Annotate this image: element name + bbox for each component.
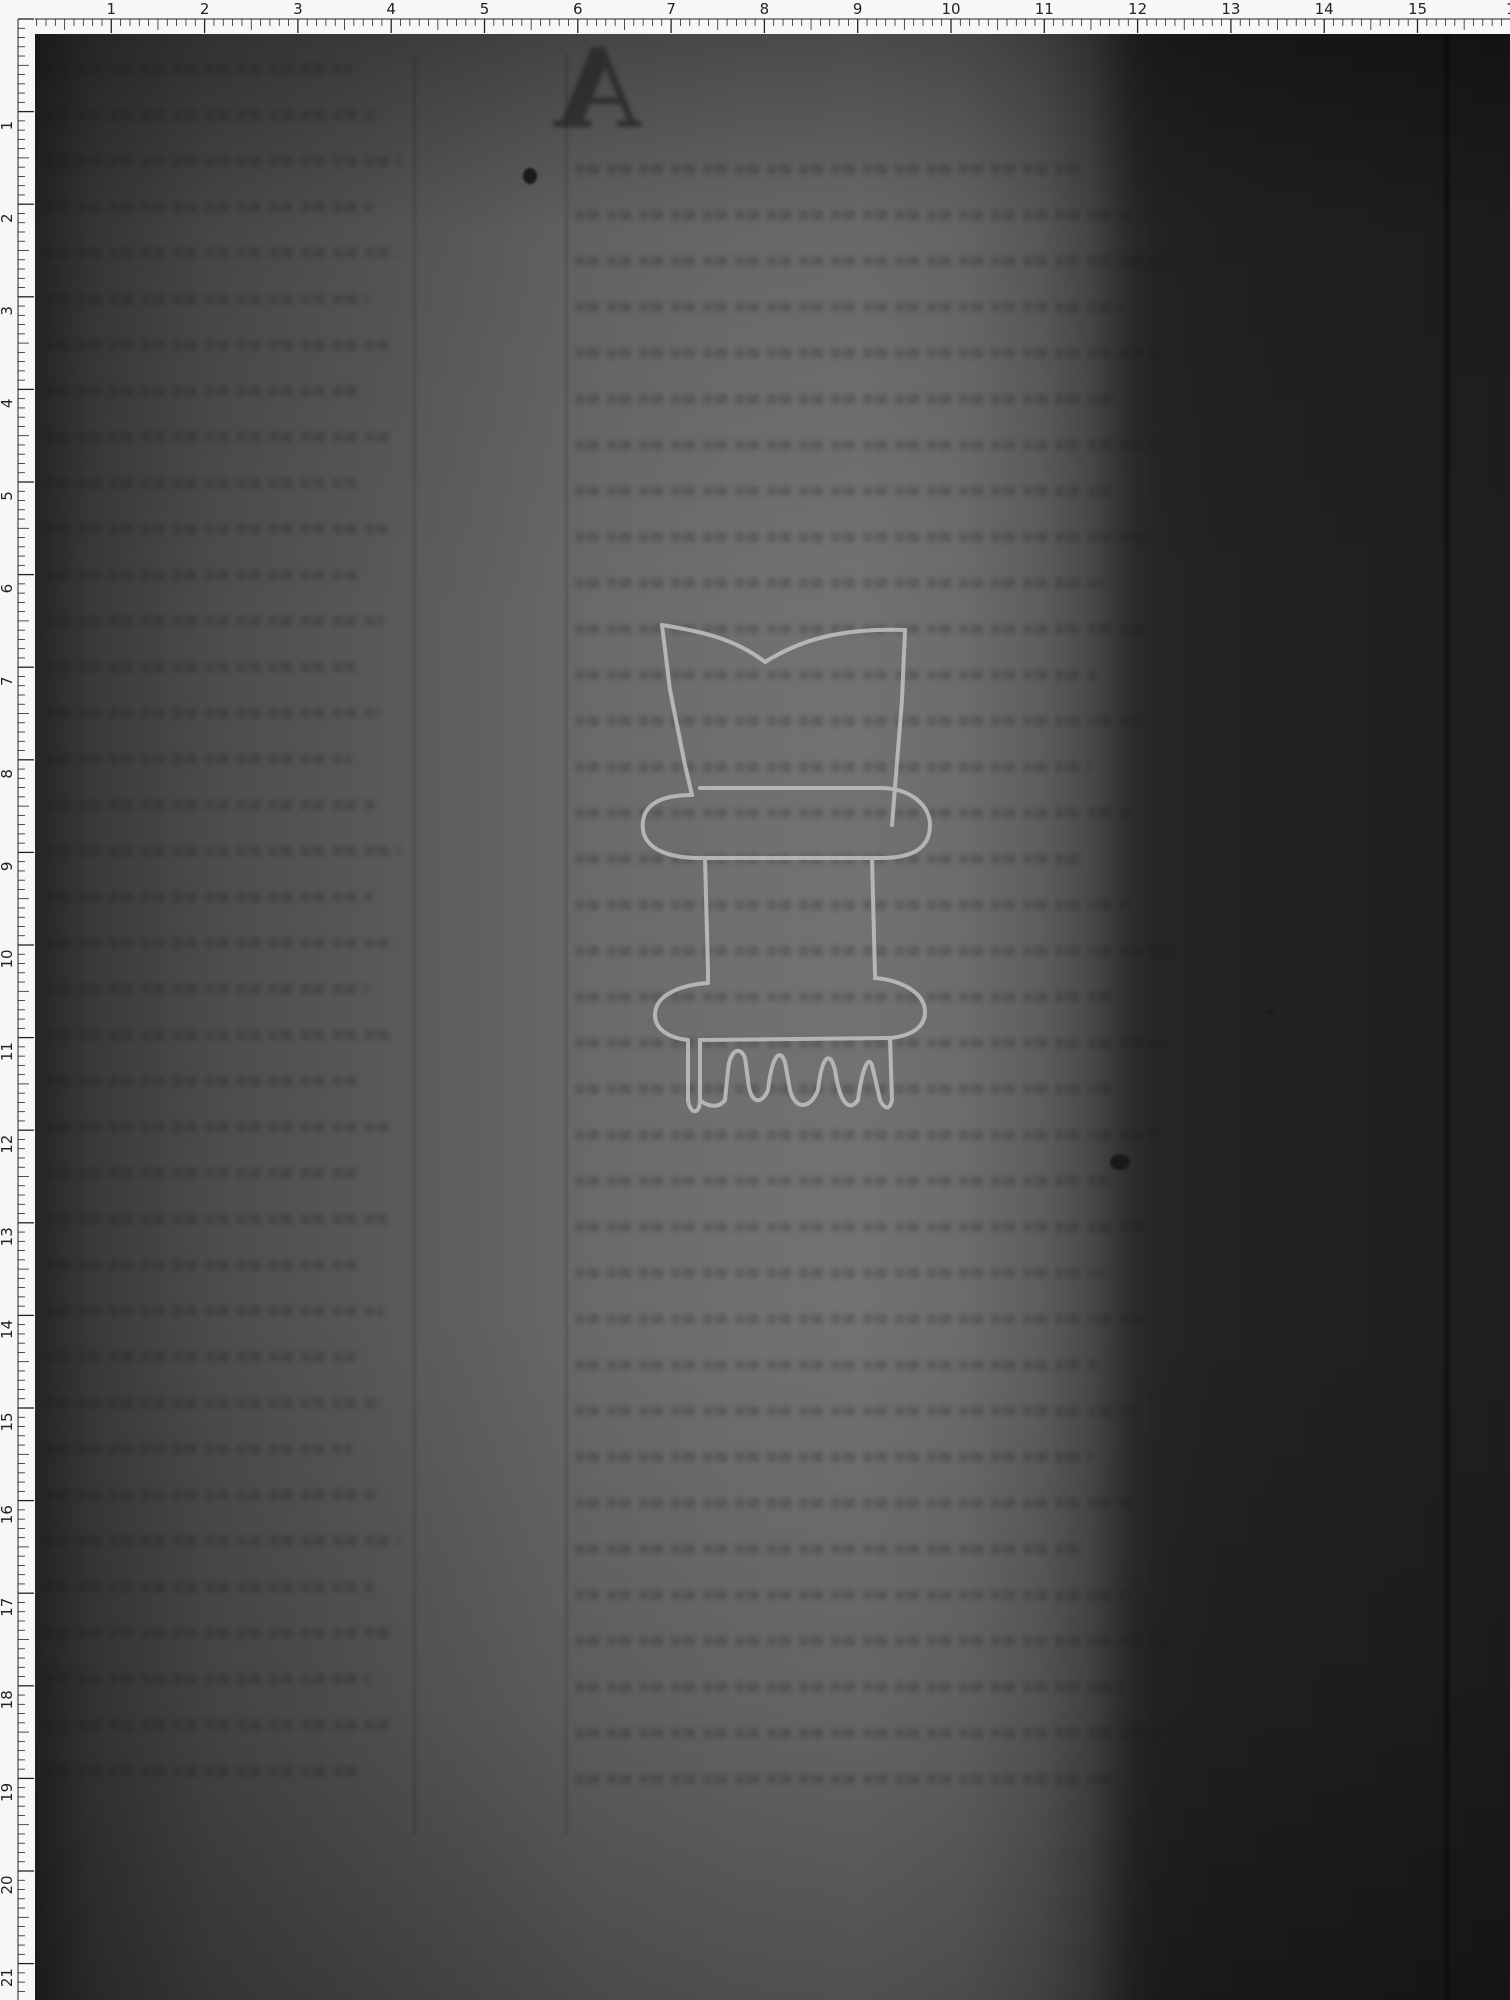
svg-text:3: 3 xyxy=(293,0,303,18)
illegible-text-line xyxy=(45,202,373,212)
illegible-text-line xyxy=(45,524,387,534)
svg-text:10: 10 xyxy=(0,949,16,968)
illegible-text-line xyxy=(575,532,1151,542)
illegible-text-line xyxy=(575,1406,1139,1416)
illegible-text-line xyxy=(45,754,351,764)
svg-text:19: 19 xyxy=(0,1783,16,1802)
illegible-text-line xyxy=(575,1176,1109,1186)
illegible-text-line xyxy=(45,110,376,120)
illegible-text-line xyxy=(575,1590,1127,1600)
svg-text:3: 3 xyxy=(0,306,16,316)
pillar-watermark xyxy=(600,600,960,1160)
ink-spot xyxy=(1268,1009,1274,1015)
ruler-top: 01234567891011121314151 xyxy=(0,0,1510,33)
svg-text:1: 1 xyxy=(1506,0,1510,18)
ruler-left-scale: 123456789101112131415161718192021 xyxy=(0,0,35,2000)
illegible-text-line xyxy=(45,386,365,396)
illegible-text-line xyxy=(45,248,398,258)
svg-text:21: 21 xyxy=(0,1968,16,1987)
illegible-text-line xyxy=(45,1582,373,1592)
illegible-text-line xyxy=(575,440,1157,450)
illegible-text-line xyxy=(575,348,1163,358)
illegible-text-line xyxy=(45,1536,401,1546)
scanned-leaf-image: A xyxy=(35,34,1510,2000)
svg-text:4: 4 xyxy=(386,0,396,18)
illegible-text-line xyxy=(45,432,391,442)
illegible-text-line xyxy=(45,294,369,304)
illegible-text-line xyxy=(575,1498,1133,1508)
decorated-initial: A xyxy=(555,34,640,153)
svg-text:1: 1 xyxy=(0,121,16,131)
illegible-text-line xyxy=(575,1268,1103,1278)
illegible-text-line xyxy=(45,1444,351,1454)
svg-text:5: 5 xyxy=(480,0,490,18)
illegible-text-line xyxy=(45,800,376,810)
illegible-text-line xyxy=(45,1122,391,1132)
illegible-text-line xyxy=(45,1260,358,1270)
svg-text:6: 6 xyxy=(0,584,16,594)
svg-text:4: 4 xyxy=(0,399,16,409)
svg-text:1: 1 xyxy=(107,0,117,18)
svg-text:15: 15 xyxy=(0,1412,16,1431)
svg-text:20: 20 xyxy=(0,1875,16,1894)
svg-text:16: 16 xyxy=(0,1505,16,1524)
illegible-text-line xyxy=(45,478,362,488)
svg-text:9: 9 xyxy=(853,0,863,18)
left-column-rule xyxy=(413,54,416,1834)
svg-text:2: 2 xyxy=(0,213,16,223)
illegible-text-line xyxy=(45,1628,398,1638)
left-text-column xyxy=(45,64,405,1812)
ruler-left: 123456789101112131415161718192021 xyxy=(0,0,35,2000)
ink-spot xyxy=(1110,1154,1130,1170)
illegible-text-line xyxy=(575,302,1121,312)
ruler-top-scale: 01234567891011121314151 xyxy=(0,0,1510,33)
illegible-text-line xyxy=(575,1728,1163,1738)
svg-text:12: 12 xyxy=(0,1135,16,1154)
ink-spot xyxy=(523,168,537,184)
svg-text:13: 13 xyxy=(0,1227,16,1246)
illegible-text-line xyxy=(45,1168,362,1178)
illegible-text-line xyxy=(575,1774,1115,1784)
illegible-text-line xyxy=(45,1030,394,1040)
illegible-text-line xyxy=(45,662,355,672)
illegible-text-line xyxy=(45,1720,394,1730)
right-column-rule xyxy=(565,54,568,1834)
illegible-text-line xyxy=(45,846,401,856)
illegible-text-line xyxy=(45,616,383,626)
illegible-text-line xyxy=(45,1674,369,1684)
illegible-text-line xyxy=(45,1076,365,1086)
illegible-text-line xyxy=(45,340,394,350)
illegible-text-line xyxy=(45,64,351,74)
illegible-text-line xyxy=(575,1314,1145,1324)
svg-text:9: 9 xyxy=(0,862,16,872)
svg-text:11: 11 xyxy=(0,1042,16,1061)
svg-text:13: 13 xyxy=(1221,0,1240,18)
illegible-text-line xyxy=(45,1214,387,1224)
illegible-text-line xyxy=(45,1352,355,1362)
illegible-text-line xyxy=(575,210,1127,220)
svg-text:7: 7 xyxy=(666,0,676,18)
illegible-text-line xyxy=(45,1306,383,1316)
svg-text:8: 8 xyxy=(0,769,16,779)
svg-text:8: 8 xyxy=(760,0,770,18)
illegible-text-line xyxy=(575,256,1169,266)
illegible-text-line xyxy=(45,156,401,166)
svg-text:7: 7 xyxy=(0,676,16,686)
illegible-text-line xyxy=(575,164,1085,174)
svg-text:6: 6 xyxy=(573,0,583,18)
illegible-text-line xyxy=(575,1452,1091,1462)
illegible-text-line xyxy=(45,938,398,948)
svg-text:15: 15 xyxy=(1408,0,1427,18)
illegible-text-line xyxy=(45,1490,376,1500)
svg-text:14: 14 xyxy=(0,1320,16,1339)
svg-text:11: 11 xyxy=(1035,0,1054,18)
illegible-text-line xyxy=(575,1636,1169,1646)
illegible-text-line xyxy=(575,1360,1097,1370)
svg-text:12: 12 xyxy=(1128,0,1147,18)
illegible-text-line xyxy=(45,984,369,994)
illegible-text-line xyxy=(45,1766,365,1776)
svg-text:17: 17 xyxy=(0,1598,16,1617)
illegible-text-line xyxy=(575,1544,1085,1554)
svg-text:10: 10 xyxy=(941,0,960,18)
illegible-text-line xyxy=(45,1398,380,1408)
illegible-text-line xyxy=(575,486,1109,496)
illegible-text-line xyxy=(575,1682,1121,1692)
illegible-text-line xyxy=(45,892,373,902)
illegible-text-line xyxy=(575,1222,1151,1232)
binding-gutter xyxy=(1445,34,1449,2000)
svg-text:5: 5 xyxy=(0,491,16,501)
illegible-text-line xyxy=(45,708,380,718)
illegible-text-line xyxy=(575,394,1115,404)
illegible-text-line xyxy=(575,578,1103,588)
svg-text:2: 2 xyxy=(200,0,210,18)
svg-text:14: 14 xyxy=(1315,0,1334,18)
svg-text:18: 18 xyxy=(0,1690,16,1709)
illegible-text-line xyxy=(45,570,358,580)
